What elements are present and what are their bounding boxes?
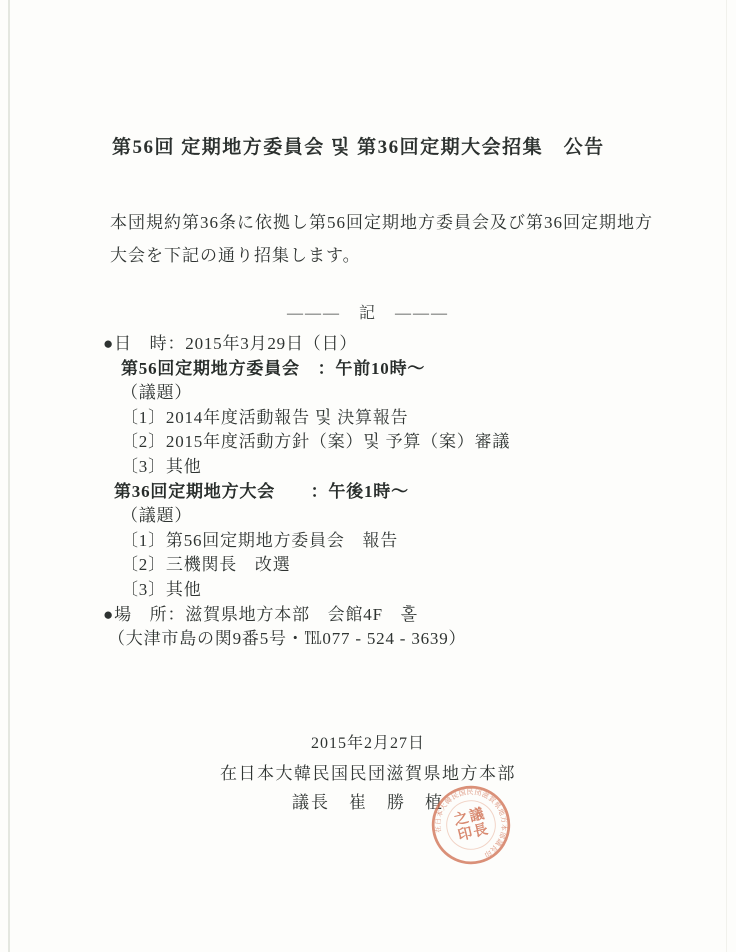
line-assembly-heading: 第36回定期地方大会 ：午後1時～ (103, 480, 663, 505)
intro-paragraph: 本団規約第36条に依拠し第56回定期地方委員会及び第36回定期地方大会を下記の通… (110, 206, 655, 272)
footer-block: 2015年2月27日 在日本大韓民国民団滋賀県地方本部 議長 崔 勝 植 (0, 733, 736, 814)
line-agenda-item-1-1: 〔1〕2014年度活動報告 및 決算報告 (103, 406, 663, 431)
notice-body: ●日 時：2015年3月29日（日） 第56回定期地方委員会 ：午前10時～ （… (103, 332, 663, 652)
line-committee-heading: 第56回定期地方委員会 ：午前10時～ (103, 357, 663, 382)
line-agenda-item-1-3: 〔3〕其他 (103, 455, 663, 480)
line-date-time: ●日 時：2015年3月29日（日） (103, 332, 663, 357)
line-agenda-item-1-2: 〔2〕2015年度活動方針（案）및 予算（案）審議 (103, 430, 663, 455)
signer-name: 議長 崔 勝 植 (0, 792, 736, 814)
line-agenda-label-2: （議題） (103, 504, 663, 529)
line-agenda-item-2-1: 〔1〕第56回定期地方委員会 報告 (103, 529, 663, 554)
scanned-notice-document: 第56回 定期地方委員会 및 第36回定期大会招集 公告 本団規約第36条に依拠… (0, 0, 736, 952)
document-title: 第56回 定期地方委員会 및 第36回定期大会招集 公告 (112, 132, 605, 159)
line-address-tel: （大津市島の関9番5号・℡077 - 524 - 3639） (103, 627, 663, 652)
issuing-organization: 在日本大韓民国民団滋賀県地方本部 (0, 763, 736, 785)
seal-center-characters: 議 長 之 印 (452, 804, 490, 844)
line-agenda-item-2-3: 〔3〕其他 (103, 578, 663, 603)
line-agenda-label-1: （議題） (103, 381, 663, 406)
issue-date: 2015年2月27日 (0, 733, 736, 755)
line-venue: ●場 所：滋賀県地方本部 会館4F 홀 (103, 603, 663, 628)
line-agenda-item-2-2: 〔2〕三機関長 改選 (103, 553, 663, 578)
record-separator: ――― 記 ――― (0, 300, 736, 323)
